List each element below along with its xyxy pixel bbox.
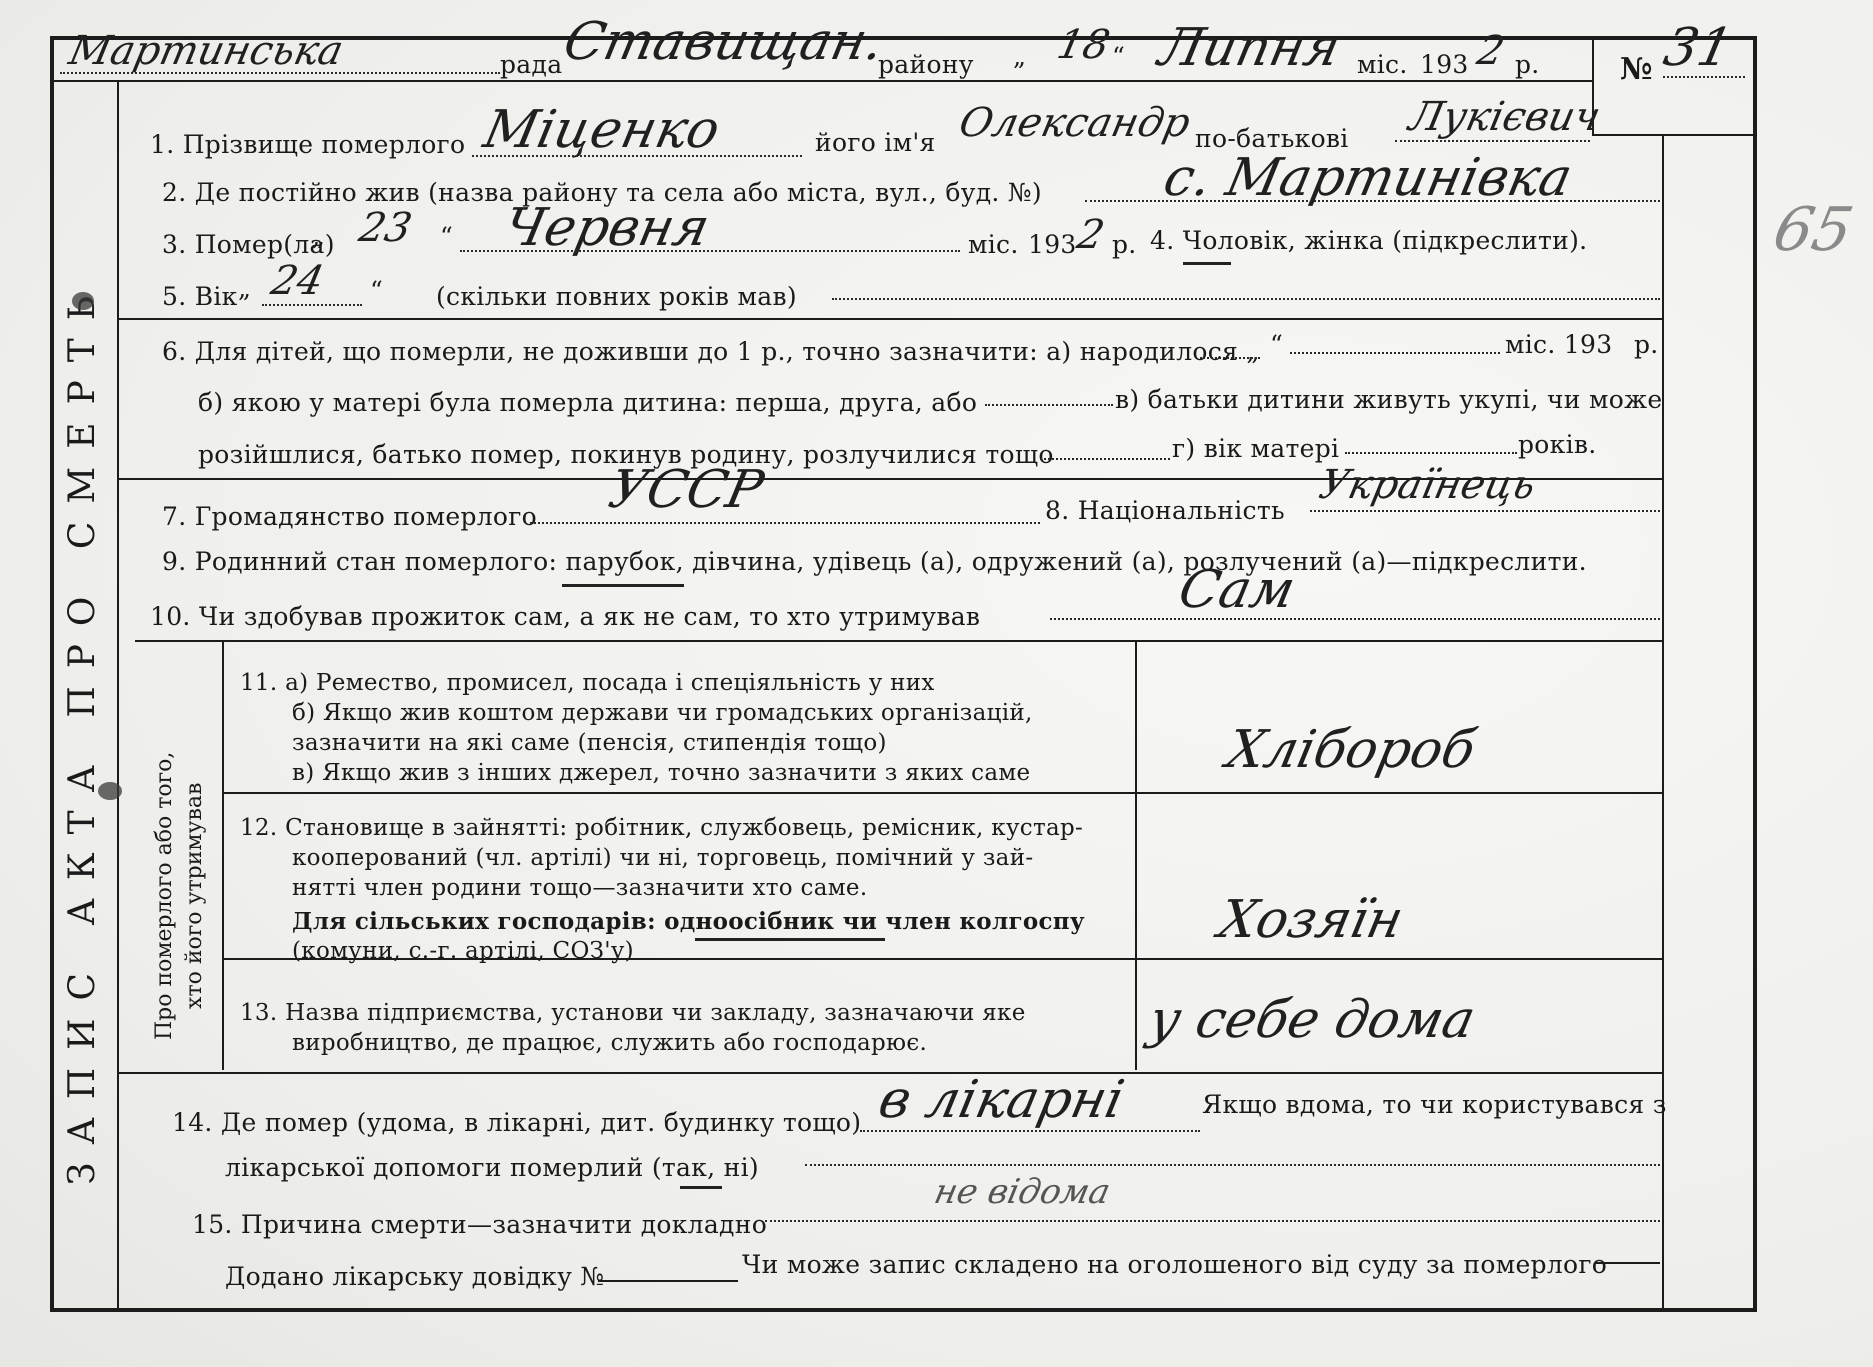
f14-dots-2 xyxy=(805,1164,1660,1166)
margin-pencil-note: 65 xyxy=(1768,195,1859,265)
row10-bottom-line xyxy=(135,640,1662,642)
f13-value: у себе дома xyxy=(1144,990,1481,1050)
f1-surname-label: 1. Прізвище померлого xyxy=(150,130,465,159)
f3-label: 3. Помер(ла) xyxy=(162,230,335,259)
f5-value: 24 xyxy=(267,258,328,304)
f1-name-label: його ім'я xyxy=(815,128,936,157)
f12-line3: нятті член родини тощо—зазначити хто сам… xyxy=(292,875,867,901)
f3-year-suffix: р. xyxy=(1112,230,1137,259)
record-number-value: 31 xyxy=(1659,18,1738,78)
f12-line2: кооперований (чл. артілі) чи ні, торгове… xyxy=(292,845,1033,871)
ink-stain xyxy=(72,292,94,310)
council-value: Мартинська xyxy=(65,28,347,74)
f6-dots-d xyxy=(1040,458,1170,460)
document-page: № 31 Мартинська рада Ставищан. району „ … xyxy=(0,0,1873,1367)
side-label-line1: Про померлого або того, xyxy=(150,752,180,1040)
f6-dots-e xyxy=(1345,452,1517,454)
side-label-line2: хто його утримував xyxy=(180,752,210,1040)
f6-line3-c: років. xyxy=(1518,430,1597,459)
f5-dots-2 xyxy=(832,298,1660,300)
court-line xyxy=(1595,1262,1660,1264)
year-suffix: р. xyxy=(1515,50,1540,79)
f3-month: Червня xyxy=(499,198,715,258)
f3-quote-close: “ xyxy=(440,222,453,251)
council-dots xyxy=(60,72,500,74)
f3-dots xyxy=(460,250,960,252)
f4-underline xyxy=(1183,262,1231,265)
f8-label: 8. Національність xyxy=(1045,496,1285,525)
side-label-divider xyxy=(222,640,224,1070)
f13-line2: виробництво, де працює, служить або госп… xyxy=(292,1030,927,1056)
f6-dots-c xyxy=(985,404,1113,406)
header-bottom-line xyxy=(50,80,1592,82)
vertical-title: ЗАПИС АКТА ПРО СМЕРТЬ xyxy=(62,278,103,1185)
district-label: району xyxy=(878,50,974,79)
f14-dots xyxy=(860,1130,1200,1132)
f6-dots-b xyxy=(1290,352,1500,354)
frame-bottom xyxy=(50,1308,1757,1312)
f14-underline xyxy=(680,1186,722,1189)
f1-name: Олександр xyxy=(955,100,1194,146)
row11-bottom-line xyxy=(222,792,1662,794)
f10-dots xyxy=(1050,618,1660,620)
date-quote-close: “ xyxy=(1112,42,1125,71)
cert-number-line xyxy=(598,1280,738,1282)
f14-label: 14. Де помер (удома, в лікарні, дит. буд… xyxy=(172,1108,861,1137)
f3-year-digit: 2 xyxy=(1073,212,1108,258)
cert-label: Додано лікарську довідку № xyxy=(225,1262,604,1291)
side-label: Про померлого або того, хто його утримув… xyxy=(150,752,210,1040)
month-label: міс. xyxy=(1357,50,1408,79)
f5-label: 5. Вік xyxy=(162,282,238,311)
f6-line1-end: міс. 193 xyxy=(1505,330,1612,359)
f14-label-b: Якщо вдома, то чи користувався з xyxy=(1202,1090,1667,1119)
f15-value: не відома xyxy=(931,1172,1114,1212)
f15-label: 15. Причина смерти—зазначити докладно xyxy=(192,1210,767,1239)
f9-underline xyxy=(562,584,684,587)
f12-line4: Для сільських господарів: одноосібник чи… xyxy=(292,908,1085,935)
inner-left-line xyxy=(117,80,119,1310)
f5-quote-open: „ xyxy=(238,274,251,303)
f10-value: Сам xyxy=(1174,560,1301,620)
f6-line1-suffix: р. xyxy=(1634,330,1659,359)
f3-quote-open: „ xyxy=(312,222,325,251)
f4-label: 4. Чоловік, жінка (підкреслити). xyxy=(1150,226,1587,255)
record-number-label: № xyxy=(1620,52,1653,87)
f7-label: 7. Громадянство померлого xyxy=(162,502,537,531)
f14-line2: лікарської допомоги померлий (так, ні) xyxy=(225,1153,759,1182)
year-digit: 2 xyxy=(1473,28,1508,74)
f5-quote-close: “ xyxy=(370,276,383,305)
f1-patronymic: Лукієвич xyxy=(1405,94,1604,140)
f1-dots xyxy=(472,155,802,157)
f5-dots xyxy=(262,304,362,306)
f12-value: Хозяїн xyxy=(1214,890,1409,950)
vertical-title-text: ЗАПИС АКТА ПРО СМЕРТЬ xyxy=(62,278,103,1185)
f3-day: 23 xyxy=(355,205,416,251)
council-label: рада xyxy=(500,50,562,79)
f13-line1: 13. Назва підприємства, установи чи закл… xyxy=(240,1000,1026,1026)
district-value: Ставищан. xyxy=(559,12,889,72)
date-day: 18 xyxy=(1053,22,1114,68)
frame-left xyxy=(50,36,54,1311)
f2-dots xyxy=(1085,200,1660,202)
f15-dots xyxy=(765,1220,1660,1222)
f6-dots-a xyxy=(1200,357,1260,359)
f9-label: 9. Родинний стан померлого: парубок, дів… xyxy=(162,547,1587,576)
f1-dots-2 xyxy=(1395,140,1590,142)
f11-line3: зазначити на які саме (пенсія, стипендія… xyxy=(292,730,887,756)
f8-dots xyxy=(1310,510,1660,512)
f12-underline xyxy=(695,938,885,941)
f10-label: 10. Чи здобував прожиток сам, а як не са… xyxy=(150,602,980,631)
row12-bottom-line xyxy=(222,958,1662,960)
date-month: Липня xyxy=(1154,18,1346,78)
f6-line3-b: г) вік матері xyxy=(1172,434,1339,463)
f12-line5: (комуни, с.-г. артілі, СОЗ'у) xyxy=(292,938,634,964)
frame-right xyxy=(1753,36,1757,1311)
f11-value: Хлібороб xyxy=(1222,720,1481,780)
f11-line4: в) Якщо жив з інших джерел, точно зазнач… xyxy=(292,760,1030,786)
f7-value: УССР xyxy=(604,460,769,520)
f1-surname: Міценко xyxy=(479,100,725,160)
f14-value: в лікарні xyxy=(874,1070,1130,1130)
f3-year-prefix: 193 xyxy=(1028,230,1077,259)
right-column-line xyxy=(1662,134,1664,1310)
f7-dots xyxy=(530,522,1040,524)
f5-hint: (скільки повних років мав) xyxy=(436,282,797,311)
f3-month-label: міс. xyxy=(968,230,1019,259)
date-quote-open: „ xyxy=(1013,42,1026,71)
f6-line2-b: в) батьки дитини живуть укупі, чи може xyxy=(1115,385,1662,414)
court-label: Чи може запис складено на оголошеного ві… xyxy=(742,1250,1607,1279)
f11-line2: б) Якщо жив коштом держави чи громадськи… xyxy=(292,700,1033,726)
answer-divider xyxy=(1135,640,1137,1070)
number-dots xyxy=(1663,76,1745,78)
f8-value: Українець xyxy=(1315,462,1540,508)
f12-line1: 12. Становище в зайнятті: робітник, служ… xyxy=(240,815,1083,841)
f6-line1-mid: “ xyxy=(1270,330,1283,359)
f11-line1: 11. а) Ремество, промисел, посада і спец… xyxy=(240,670,935,696)
f6-line2-a: б) якою у матері була померла дитина: пе… xyxy=(198,388,977,417)
f2-value: с. Мартинівка xyxy=(1159,148,1577,208)
year-prefix: 193 xyxy=(1420,50,1469,79)
f6-line1: 6. Для дітей, що померли, не доживши до … xyxy=(162,337,1260,366)
row5-bottom-line xyxy=(117,318,1662,320)
number-box-bottom xyxy=(1592,134,1754,136)
ink-stain xyxy=(98,782,122,800)
